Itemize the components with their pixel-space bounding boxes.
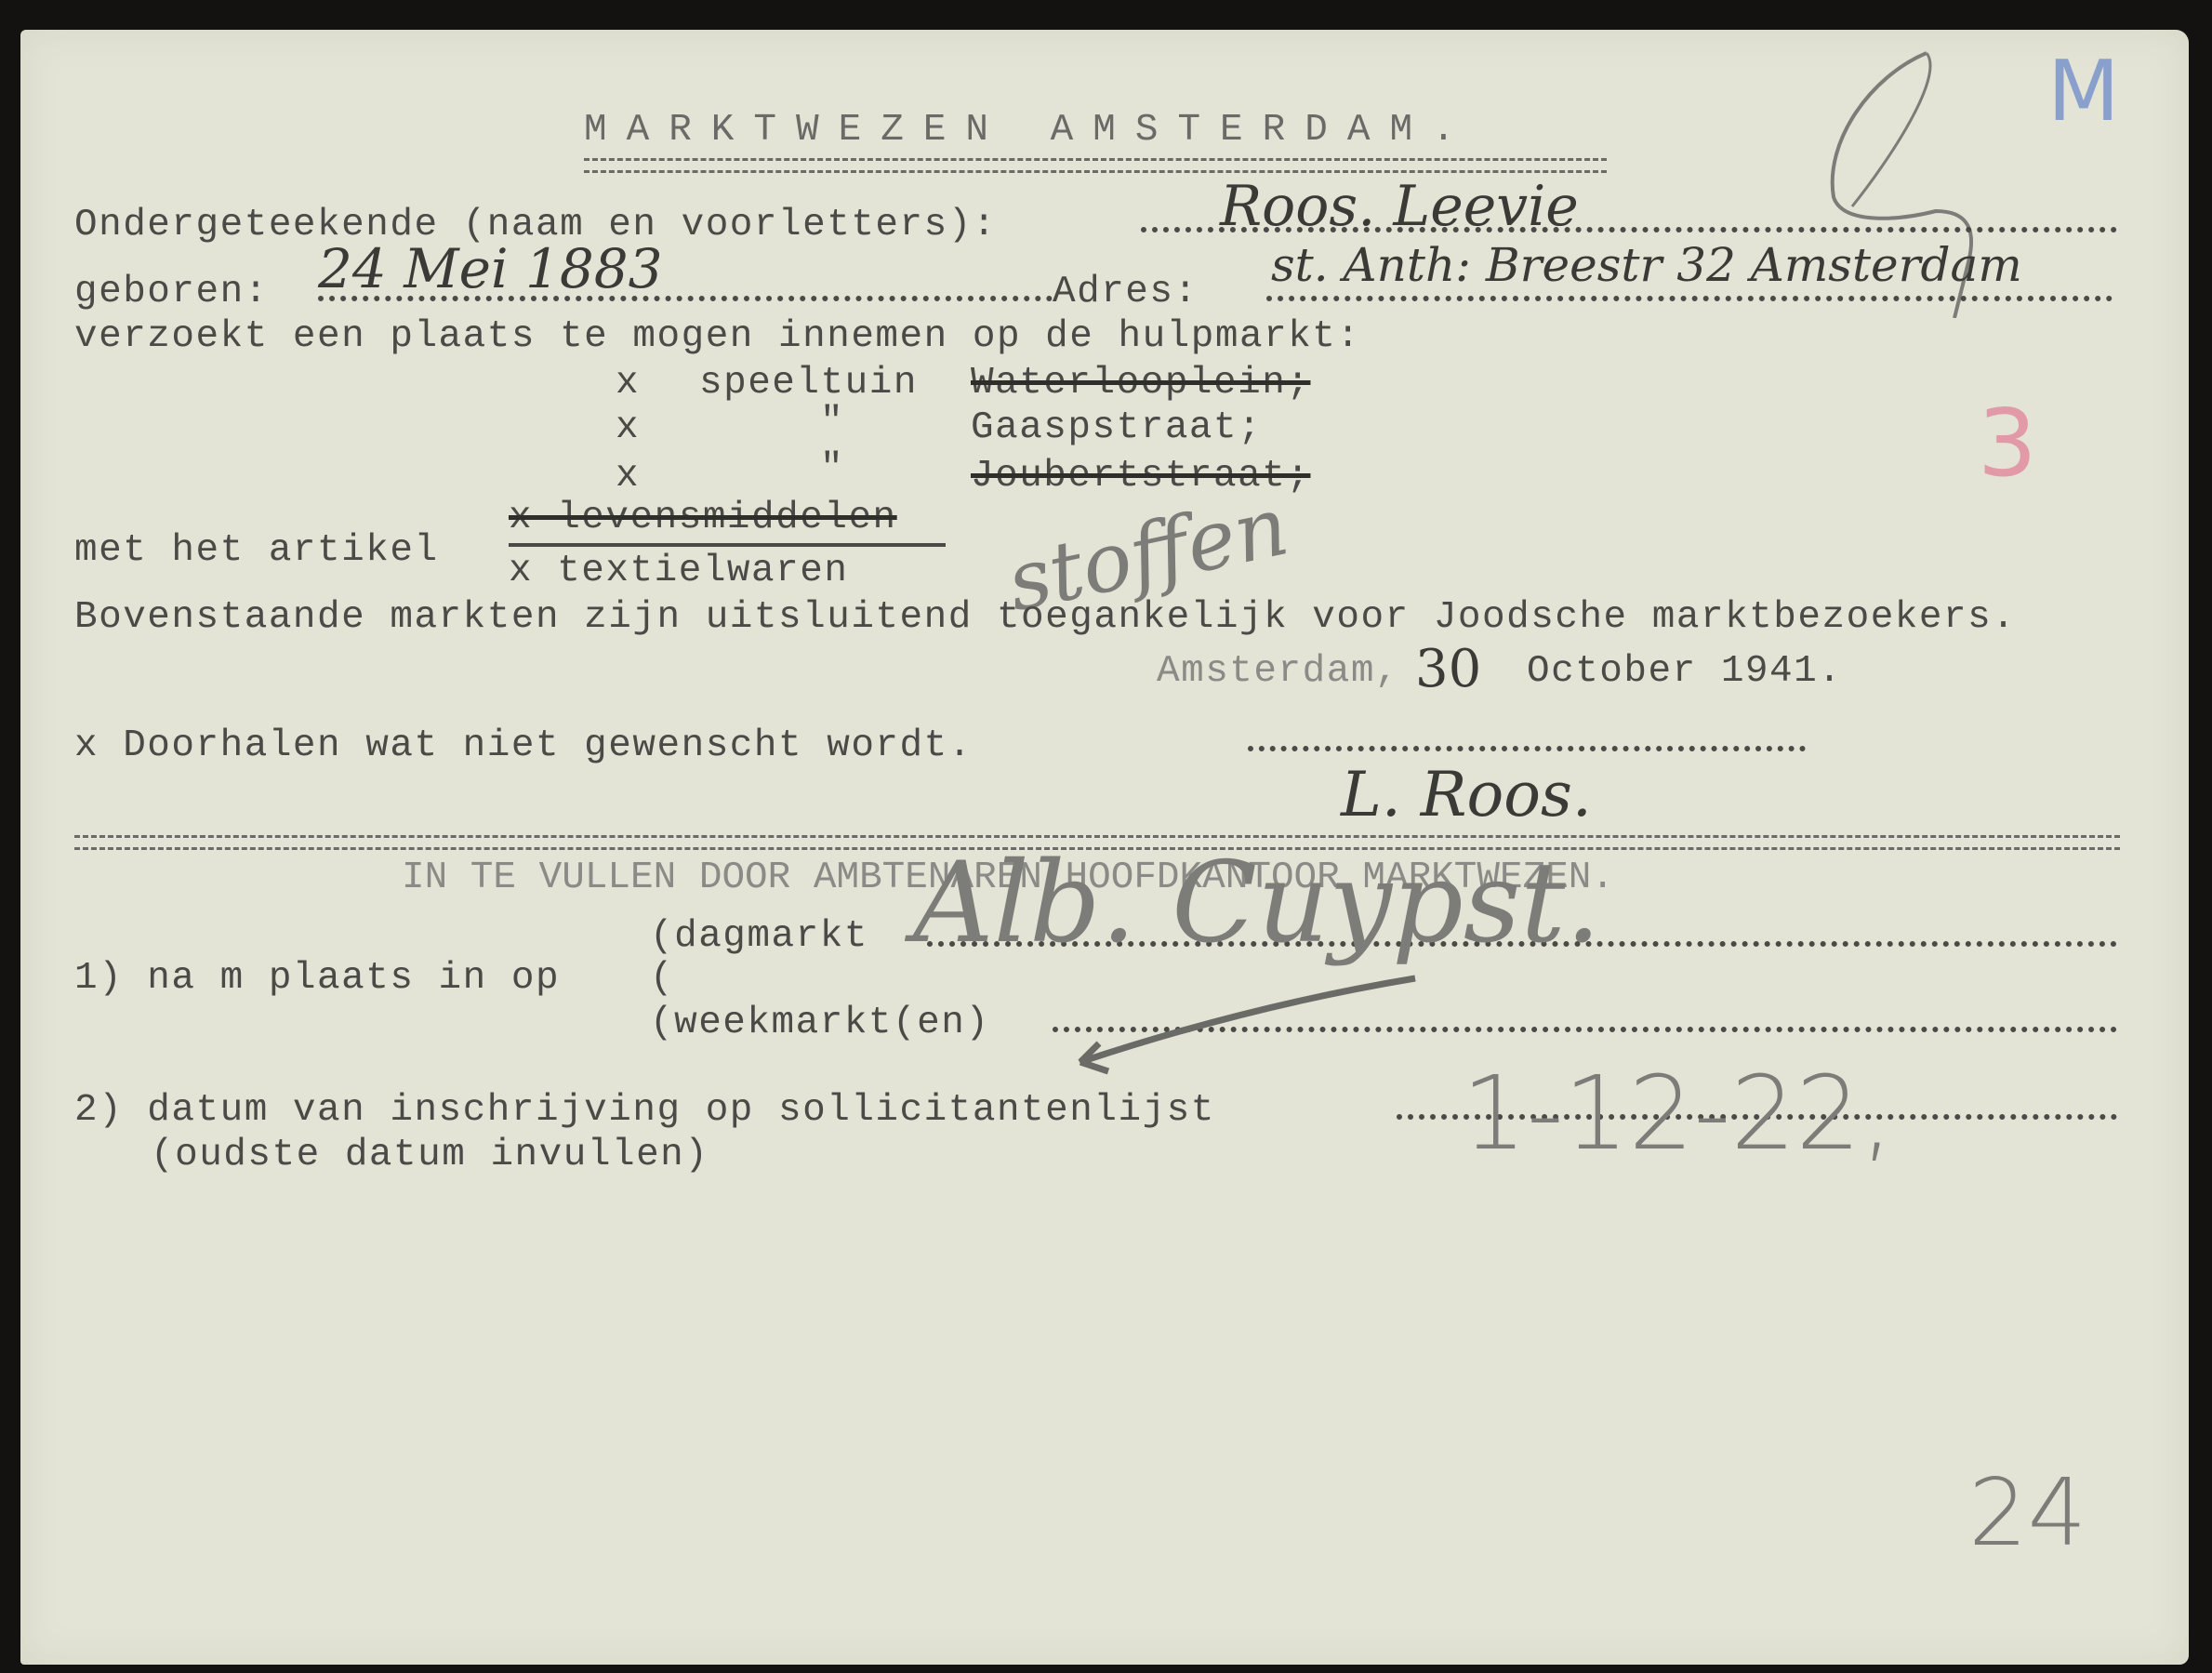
official-signature: Alb. Cuypst. xyxy=(913,848,1601,960)
notice-text: Bovenstaande markten zijn uitsluitend to… xyxy=(74,599,2016,637)
request-line: verzoekt een plaats te mogen innemen op … xyxy=(74,318,1361,356)
registration-date: 1-12-22, xyxy=(1462,1062,1893,1164)
blue-mark: M xyxy=(2047,50,2120,134)
born-label: geboren: xyxy=(74,273,269,312)
date-rest: October 1941. xyxy=(1527,653,1842,691)
address-value[interactable]: st. Anth: Breestr 32 Amsterdam xyxy=(1271,242,2022,288)
place-label: Amsterdam, xyxy=(1157,653,1399,691)
dagmarkt-label: (dagmarkt xyxy=(650,918,868,956)
article-levensmiddelen[interactable]: x levensmiddelen xyxy=(509,499,897,538)
market-waterlooplein[interactable]: Waterlooplein; xyxy=(971,365,1310,403)
document-title: MARKTWEZEN AMSTERDAM. xyxy=(584,112,1475,150)
applicant-signature: L. Roos. xyxy=(1341,764,1592,826)
address-label: Adres: xyxy=(1053,273,1199,312)
article-textielwaren[interactable]: x textielwaren xyxy=(509,552,848,591)
market-gaaspstraat[interactable]: Gaaspstraat; xyxy=(971,409,1262,447)
market-marker: x xyxy=(616,409,640,447)
footnote: x Doorhalen wat niet gewenscht wordt. xyxy=(74,727,973,765)
fraction-bar xyxy=(509,543,946,547)
pencil-arrow-icon xyxy=(1043,969,1434,1081)
paren-mid: ( xyxy=(650,960,674,998)
document-card: MARKTWEZEN AMSTERDAM. M 3 Ondergeteekend… xyxy=(20,30,2189,1665)
address-dotted-line xyxy=(1266,296,2113,301)
ditto-mark: " xyxy=(820,404,844,442)
page-number: 24 xyxy=(1968,1467,2086,1560)
market-prefix: speeltuin xyxy=(699,365,918,403)
item2-sub: (oudste datum invullen) xyxy=(151,1136,709,1175)
article-label: met het artikel xyxy=(74,532,439,570)
red-number: 3 xyxy=(1978,397,2037,490)
market-marker: x xyxy=(616,365,640,403)
name-value[interactable]: Roos. Leevie xyxy=(1220,179,1579,234)
born-value[interactable]: 24 Mei 1883 xyxy=(318,242,663,296)
market-marker: x xyxy=(616,458,640,496)
signature-dotted-line xyxy=(1248,746,1806,751)
ditto-mark: " xyxy=(820,450,844,488)
date-day[interactable]: 30 xyxy=(1415,644,1481,696)
item1-label: 1) na m plaats in op xyxy=(74,960,560,998)
title-underline xyxy=(584,158,1607,173)
weekmarkt-label: (weekmarkt(en) xyxy=(650,1004,989,1042)
item2-label: 2) datum van inschrijving op sollicitant… xyxy=(74,1092,1215,1130)
